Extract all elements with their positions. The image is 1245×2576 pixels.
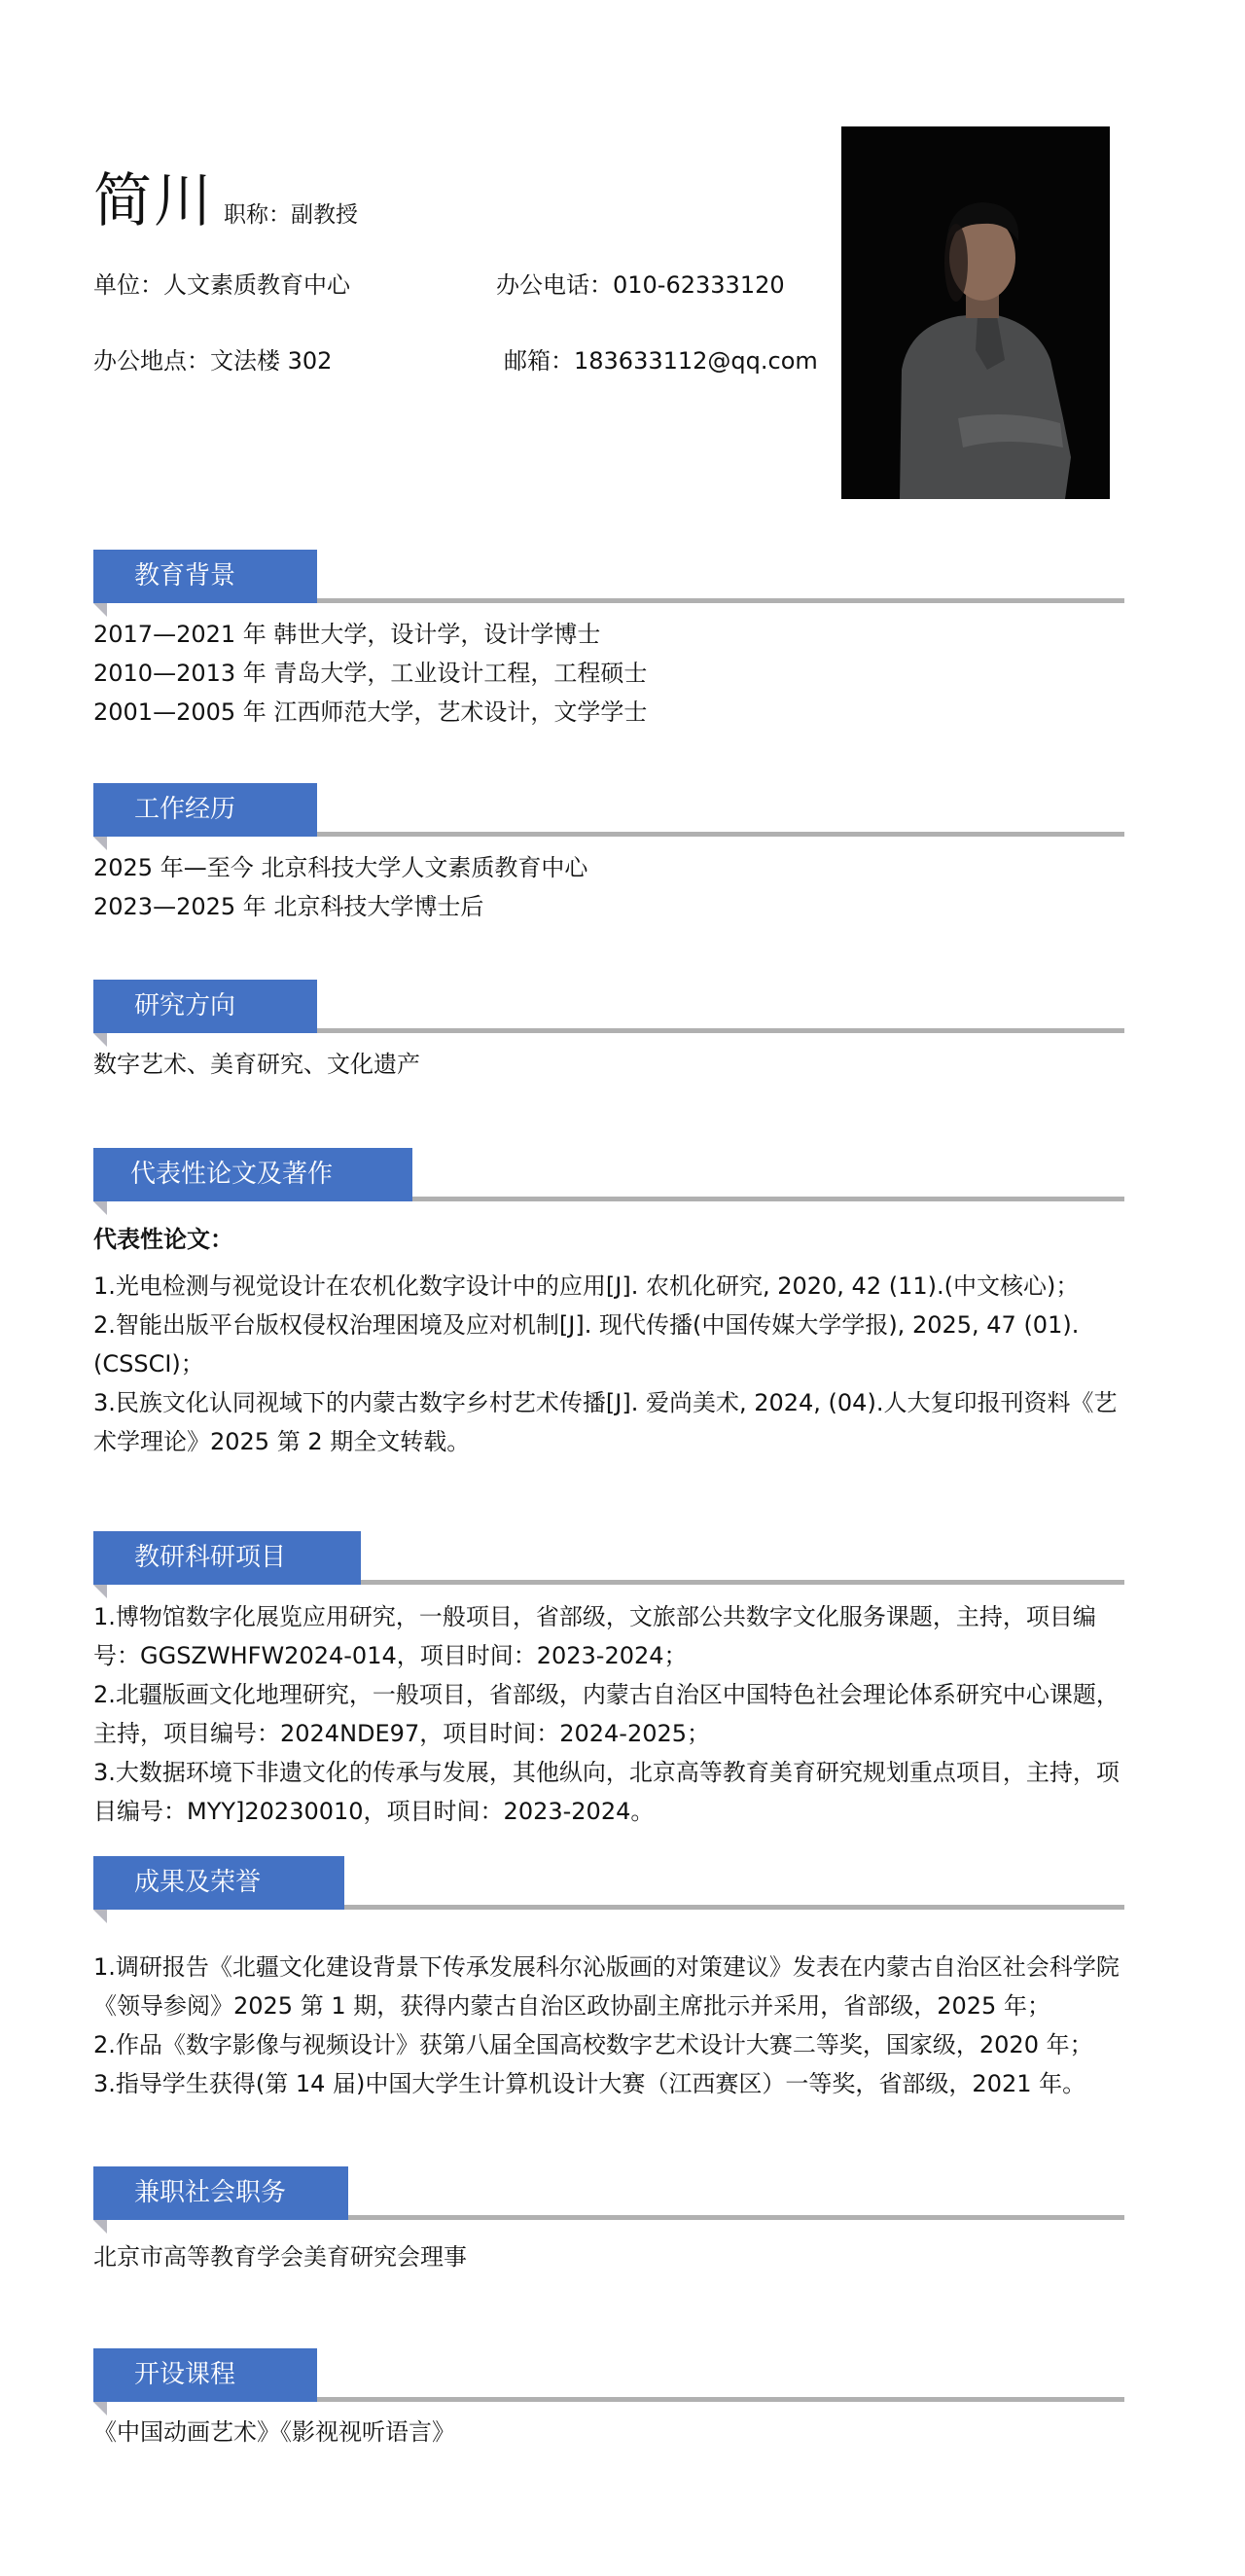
section-title: 教研科研项目 bbox=[93, 1531, 361, 1585]
positions-list: 北京市高等教育学会美育研究会理事 bbox=[93, 2237, 1134, 2276]
profile-name: 简川 bbox=[93, 167, 214, 235]
header-fold-decoration bbox=[93, 1910, 107, 1923]
section-header-work: 工作经历 bbox=[93, 783, 1124, 853]
project-item: 3.大数据环境下非遗文化的传承与发展，其他纵向，北京高等教育美育研究规划重点项目… bbox=[93, 1753, 1134, 1831]
section-title: 代表性论文及著作 bbox=[93, 1148, 412, 1201]
profile-email: 邮箱：183633112@qq.com bbox=[504, 346, 818, 376]
position-item: 北京市高等教育学会美育研究会理事 bbox=[93, 2237, 1134, 2276]
paper-item: 2.智能出版平台版权侵权治理困境及应对机制[J]. 现代传播(中国传媒大学学报)… bbox=[93, 1306, 1134, 1383]
project-item: 2.北疆版画文化地理研究，一般项目，省部级，内蒙古自治区中国特色社会理论体系研究… bbox=[93, 1675, 1134, 1753]
section-header-projects: 教研科研项目 bbox=[93, 1531, 1124, 1601]
course-item: 《中国动画艺术》《影视视听语言》 bbox=[93, 2413, 1134, 2451]
papers-list: 代表性论文： 1.光电检测与视觉设计在农机化数字设计中的应用[J]. 农机化研究… bbox=[93, 1220, 1134, 1461]
honor-item: 1.调研报告《北疆文化建设背景下传承发展科尔沁版画的对策建议》发表在内蒙古自治区… bbox=[93, 1948, 1134, 2025]
profile-title: 职称：副教授 bbox=[224, 197, 358, 229]
honor-item: 2.作品《数字影像与视频设计》获第八届全国高校数字艺术设计大赛二等奖，国家级，2… bbox=[93, 2025, 1134, 2064]
profile-office: 办公地点：文法楼 302 bbox=[93, 346, 332, 376]
courses-list: 《中国动画艺术》《影视视听语言》 bbox=[93, 2413, 1134, 2451]
section-header-honors: 成果及荣誉 bbox=[93, 1856, 1124, 1926]
research-item: 数字艺术、美育研究、文化遗产 bbox=[93, 1045, 1134, 1084]
papers-subhead: 代表性论文： bbox=[93, 1220, 1134, 1259]
header-fold-decoration bbox=[93, 1585, 107, 1598]
work-item: 2023—2025 年 北京科技大学博士后 bbox=[93, 887, 1134, 926]
paper-item: 3.民族文化认同视域下的内蒙古数字乡村艺术传播[J]. 爱尚美术, 2024, … bbox=[93, 1383, 1134, 1461]
education-item: 2017—2021 年 韩世大学，设计学，设计学博士 bbox=[93, 615, 1134, 654]
honors-list: 1.调研报告《北疆文化建设背景下传承发展科尔沁版画的对策建议》发表在内蒙古自治区… bbox=[93, 1948, 1134, 2103]
section-title: 研究方向 bbox=[93, 980, 317, 1033]
section-title: 教育背景 bbox=[93, 550, 317, 603]
header-fold-decoration bbox=[93, 2220, 107, 2234]
work-list: 2025 年—至今 北京科技大学人文素质教育中心 2023—2025 年 北京科… bbox=[93, 848, 1134, 926]
title-label: 职称： bbox=[224, 202, 291, 228]
section-header-papers: 代表性论文及著作 bbox=[93, 1148, 1124, 1218]
section-title: 兼职社会职务 bbox=[93, 2166, 348, 2220]
section-title: 工作经历 bbox=[93, 783, 317, 837]
education-item: 2001—2005 年 江西师范大学，艺术设计，文学学士 bbox=[93, 693, 1134, 732]
portrait-illustration bbox=[841, 126, 1110, 499]
honor-item: 3.指导学生获得(第 14 届)中国大学生计算机设计大赛（江西赛区）一等奖，省部… bbox=[93, 2064, 1134, 2103]
profile-phone: 办公电话：010-62333120 bbox=[496, 270, 785, 300]
header-fold-decoration bbox=[93, 1201, 107, 1215]
education-list: 2017—2021 年 韩世大学，设计学，设计学博士 2010—2013 年 青… bbox=[93, 615, 1134, 732]
section-header-education: 教育背景 bbox=[93, 550, 1124, 620]
education-item: 2010—2013 年 青岛大学，工业设计工程，工程硕士 bbox=[93, 654, 1134, 693]
section-title: 成果及荣誉 bbox=[93, 1856, 344, 1910]
profile-unit: 单位：人文素质教育中心 bbox=[93, 270, 350, 300]
section-header-positions: 兼职社会职务 bbox=[93, 2166, 1124, 2236]
research-list: 数字艺术、美育研究、文化遗产 bbox=[93, 1045, 1134, 1084]
projects-list: 1.博物馆数字化展览应用研究，一般项目，省部级，文旅部公共数字文化服务课题，主持… bbox=[93, 1597, 1134, 1831]
project-item: 1.博物馆数字化展览应用研究，一般项目，省部级，文旅部公共数字文化服务课题，主持… bbox=[93, 1597, 1134, 1675]
work-item: 2025 年—至今 北京科技大学人文素质教育中心 bbox=[93, 848, 1134, 887]
paper-item: 1.光电检测与视觉设计在农机化数字设计中的应用[J]. 农机化研究, 2020,… bbox=[93, 1267, 1134, 1306]
section-header-research: 研究方向 bbox=[93, 980, 1124, 1050]
section-title: 开设课程 bbox=[93, 2348, 317, 2402]
title-value: 副教授 bbox=[291, 202, 358, 228]
portrait-photo bbox=[841, 126, 1110, 499]
section-header-courses: 开设课程 bbox=[93, 2348, 1124, 2418]
